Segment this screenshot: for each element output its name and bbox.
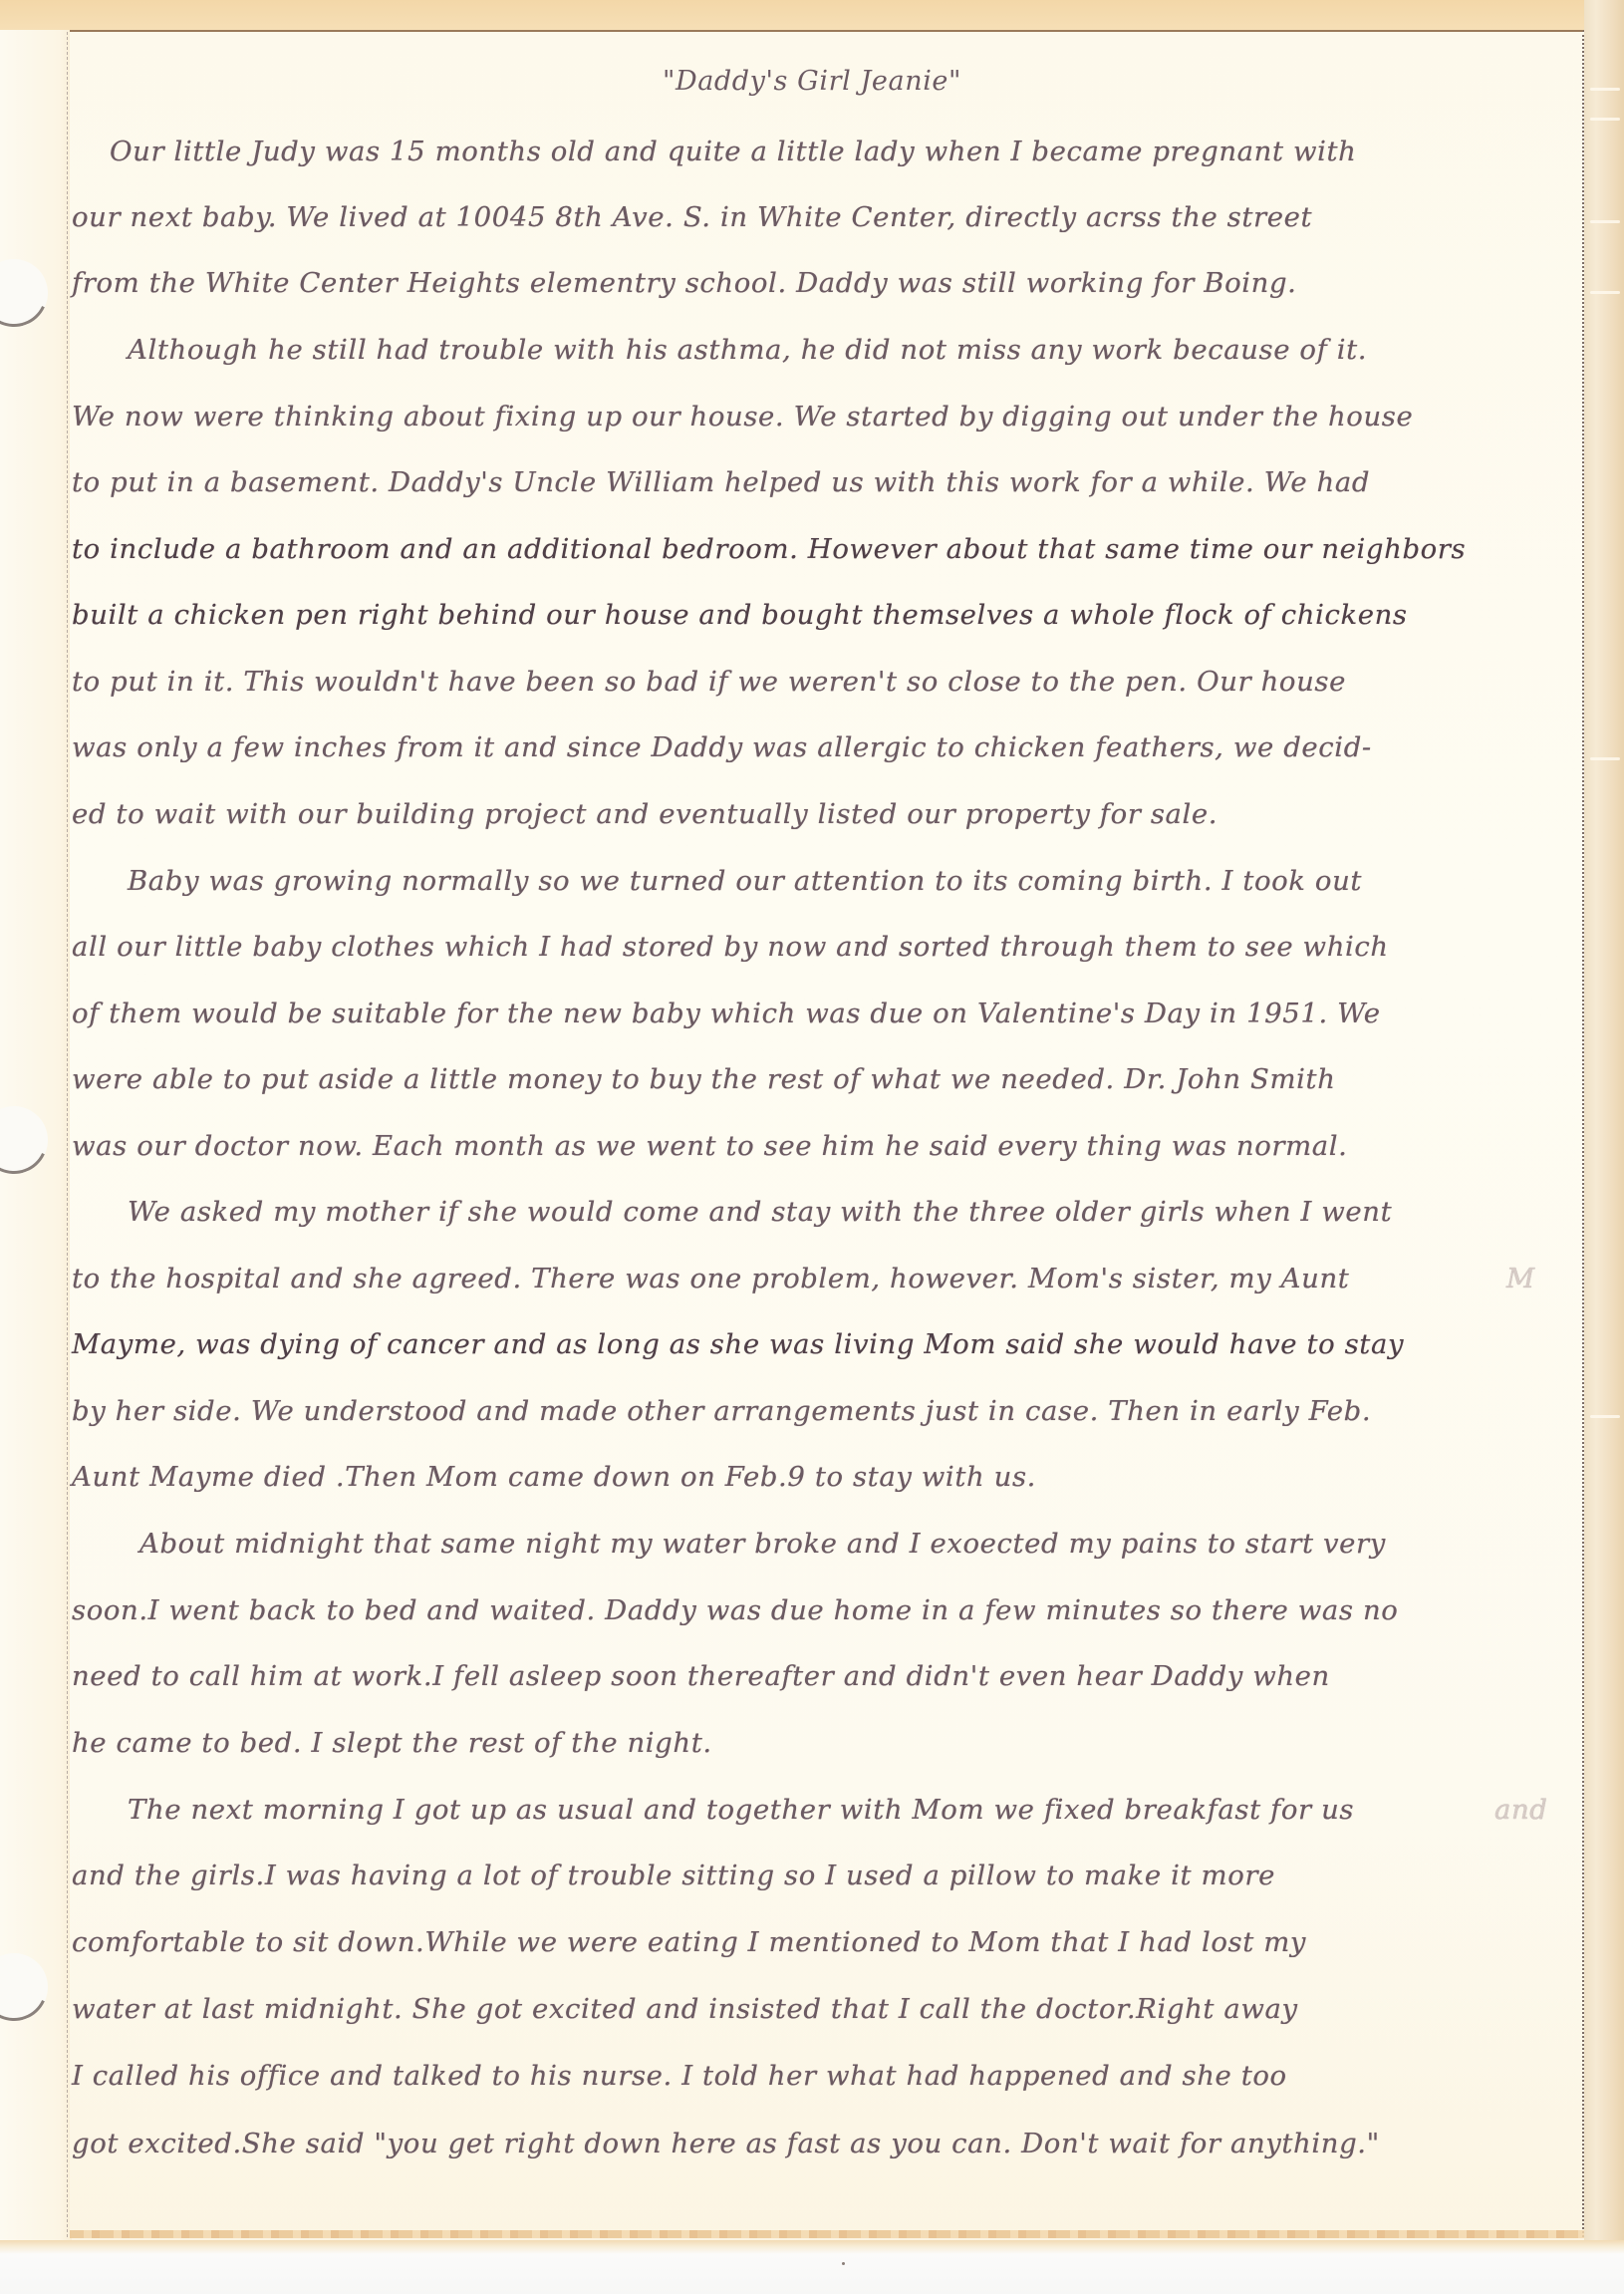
text-line: Although he still had trouble with his a… bbox=[128, 334, 1367, 366]
text-line: soon.I went back to bed and waited. Dadd… bbox=[72, 1594, 1398, 1626]
binder-hole-icon bbox=[0, 1096, 58, 1183]
text-line: Baby was growing normally so we turned o… bbox=[128, 865, 1362, 897]
document-title: "Daddy's Girl Jeanie" bbox=[0, 66, 1624, 97]
text-line: to the hospital and she agreed. There wa… bbox=[72, 1263, 1349, 1294]
backing-right-edge bbox=[1584, 0, 1624, 2240]
sheet-protector-glare bbox=[1590, 757, 1620, 760]
text-line: Aunt Mayme died .Then Mom came down on F… bbox=[72, 1461, 1036, 1493]
text-line: need to call him at work.I fell asleep s… bbox=[72, 1660, 1330, 1692]
text-line: We now were thinking about fixing up our… bbox=[72, 401, 1413, 432]
text-line: was only a few inches from it and since … bbox=[72, 731, 1372, 763]
text-line: our next baby. We lived at 10045 8th Ave… bbox=[72, 201, 1312, 233]
page-bottom-edge bbox=[70, 2230, 1584, 2238]
faint-fragment: and bbox=[1494, 1794, 1548, 1826]
text-line: got excited.She said "you get right down… bbox=[72, 2128, 1380, 2159]
text-line: to put in a basement. Daddy's Uncle Will… bbox=[72, 466, 1370, 498]
faint-fragment: M bbox=[1506, 1263, 1535, 1294]
bottom-margin bbox=[0, 2240, 1624, 2294]
text-line: were able to put aside a little money to… bbox=[72, 1063, 1336, 1095]
text-line: to put in it. This wouldn't have been so… bbox=[72, 666, 1346, 698]
text-line: Our little Judy was 15 months old and qu… bbox=[110, 136, 1356, 167]
text-line: ed to wait with our building project and… bbox=[72, 798, 1218, 830]
text-line: water at last midnight. She got excited … bbox=[72, 1993, 1298, 2025]
text-line: was our doctor now. Each month as we wen… bbox=[72, 1130, 1348, 1162]
sheet-protector-glare bbox=[1590, 1415, 1620, 1418]
text-line: to include a bathroom and an additional … bbox=[72, 533, 1466, 565]
text-line: We asked my mother if she would come and… bbox=[128, 1196, 1392, 1228]
binder-hole-icon bbox=[0, 1943, 58, 2030]
binder-hole-icon bbox=[0, 249, 58, 336]
text-line: comfortable to sit down.While we were ea… bbox=[72, 1926, 1306, 1958]
text-line: The next morning I got up as usual and t… bbox=[128, 1794, 1354, 1826]
text-line: built a chicken pen right behind our hou… bbox=[72, 599, 1408, 631]
text-line: of them would be suitable for the new ba… bbox=[72, 998, 1381, 1029]
text-line: About midnight that same night my water … bbox=[139, 1528, 1386, 1560]
text-line: from the White Center Heights elementry … bbox=[72, 267, 1297, 299]
sheet-protector-glare bbox=[1590, 118, 1620, 121]
text-line: he came to bed. I slept the rest of the … bbox=[72, 1727, 712, 1759]
backing-left-margin bbox=[0, 30, 72, 2240]
sheet-protector-glare bbox=[1590, 220, 1620, 223]
sheet-protector-glare bbox=[1590, 291, 1620, 294]
text-line: and the girls.I was having a lot of trou… bbox=[72, 1860, 1275, 1891]
text-line: by her side. We understood and made othe… bbox=[72, 1395, 1371, 1427]
dust-speck bbox=[842, 2262, 845, 2265]
text-line: all our little baby clothes which I had … bbox=[72, 931, 1389, 963]
text-line: I called his office and talked to his nu… bbox=[72, 2060, 1287, 2092]
text-line: Mayme, was dying of cancer and as long a… bbox=[72, 1328, 1404, 1360]
